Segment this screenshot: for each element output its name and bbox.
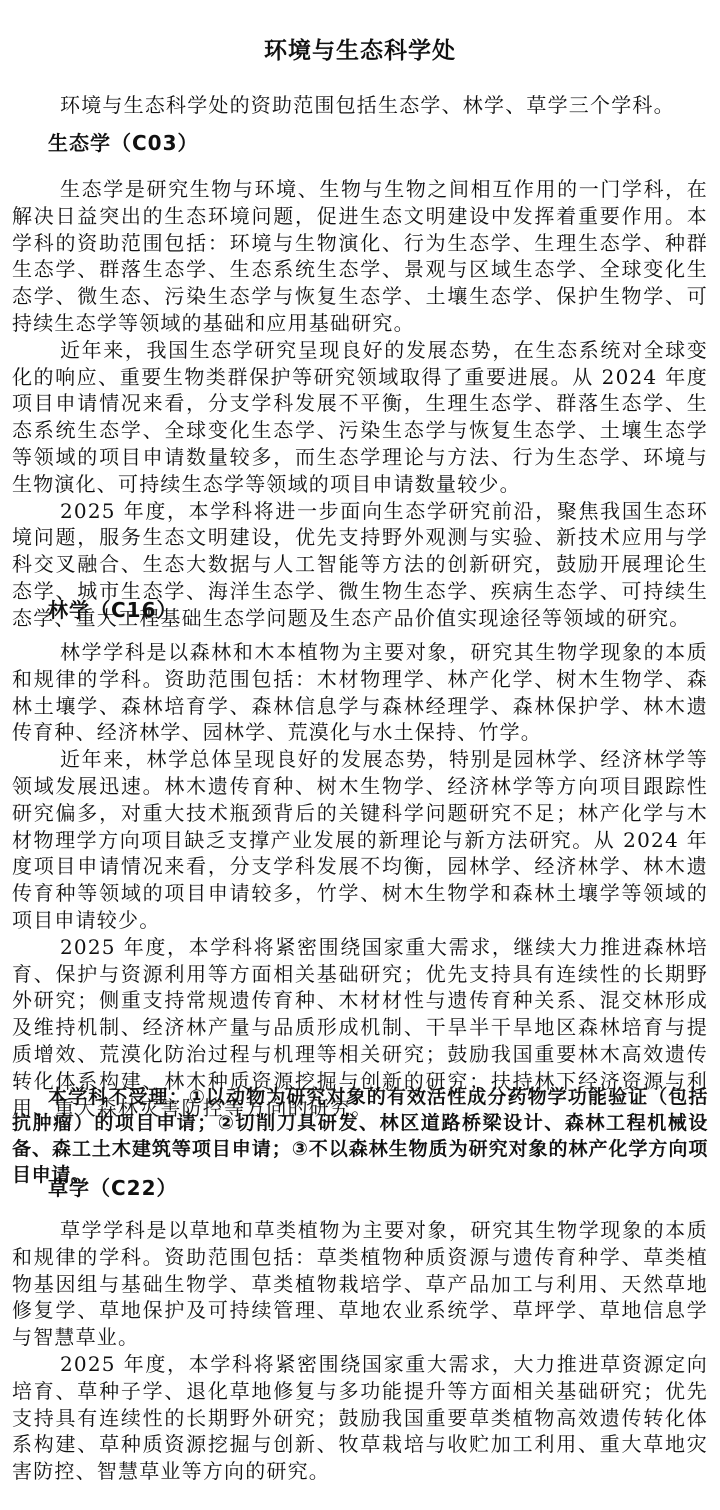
page-title: 环境与生态科学处 <box>0 36 720 66</box>
section-heading-grassland: 草学（C22） <box>48 1175 178 1201</box>
ecology-paragraph-2: 近年来，我国生态学研究呈现良好的发展态势，在生态系统对全球变化的响应、重要生物类… <box>12 337 708 498</box>
grassland-paragraph-2: 2025 年度，本学科将紧密围绕国家重大需求，大力推进草资源定向培育、草种子学、… <box>12 1351 708 1485</box>
section-forestry-body: 林学学科是以森林和木本植物为主要对象，研究其生物学现象的本质和规律的学科。资助范… <box>12 639 708 1121</box>
intro-block: 环境与生态科学处的资助范围包括生态学、林学、草学三个学科。 <box>12 92 708 119</box>
forestry-exclusion-notice: 本学科不受理：①以动物为研究对象的有效活性成分药物学功能验证（包括抗肿瘤）的项目… <box>12 1084 708 1188</box>
intro-paragraph: 环境与生态科学处的资助范围包括生态学、林学、草学三个学科。 <box>12 92 708 119</box>
document-page: 环境与生态科学处 环境与生态科学处的资助范围包括生态学、林学、草学三个学科。 生… <box>0 0 720 1510</box>
section-grassland-body: 草学学科是以草地和草类植物为主要对象，研究其生物学现象的本质和规律的学科。资助范… <box>12 1217 708 1485</box>
forestry-paragraph-1: 林学学科是以森林和木本植物为主要对象，研究其生物学现象的本质和规律的学科。资助范… <box>12 639 708 746</box>
grassland-paragraph-1: 草学学科是以草地和草类植物为主要对象，研究其生物学现象的本质和规律的学科。资助范… <box>12 1217 708 1351</box>
section-heading-forestry: 林学（C16） <box>48 597 178 623</box>
forestry-exclusion-block: 本学科不受理：①以动物为研究对象的有效活性成分药物学功能验证（包括抗肿瘤）的项目… <box>12 1084 708 1188</box>
ecology-paragraph-1: 生态学是研究生物与环境、生物与生物之间相互作用的一门学科，在解决日益突出的生态环… <box>12 176 708 337</box>
section-heading-ecology: 生态学（C03） <box>48 130 199 156</box>
forestry-paragraph-2: 近年来，林学总体呈现良好的发展态势，特别是园林学、经济林学等领域发展迅速。林木遗… <box>12 746 708 934</box>
section-ecology-body: 生态学是研究生物与环境、生物与生物之间相互作用的一门学科，在解决日益突出的生态环… <box>12 176 708 632</box>
